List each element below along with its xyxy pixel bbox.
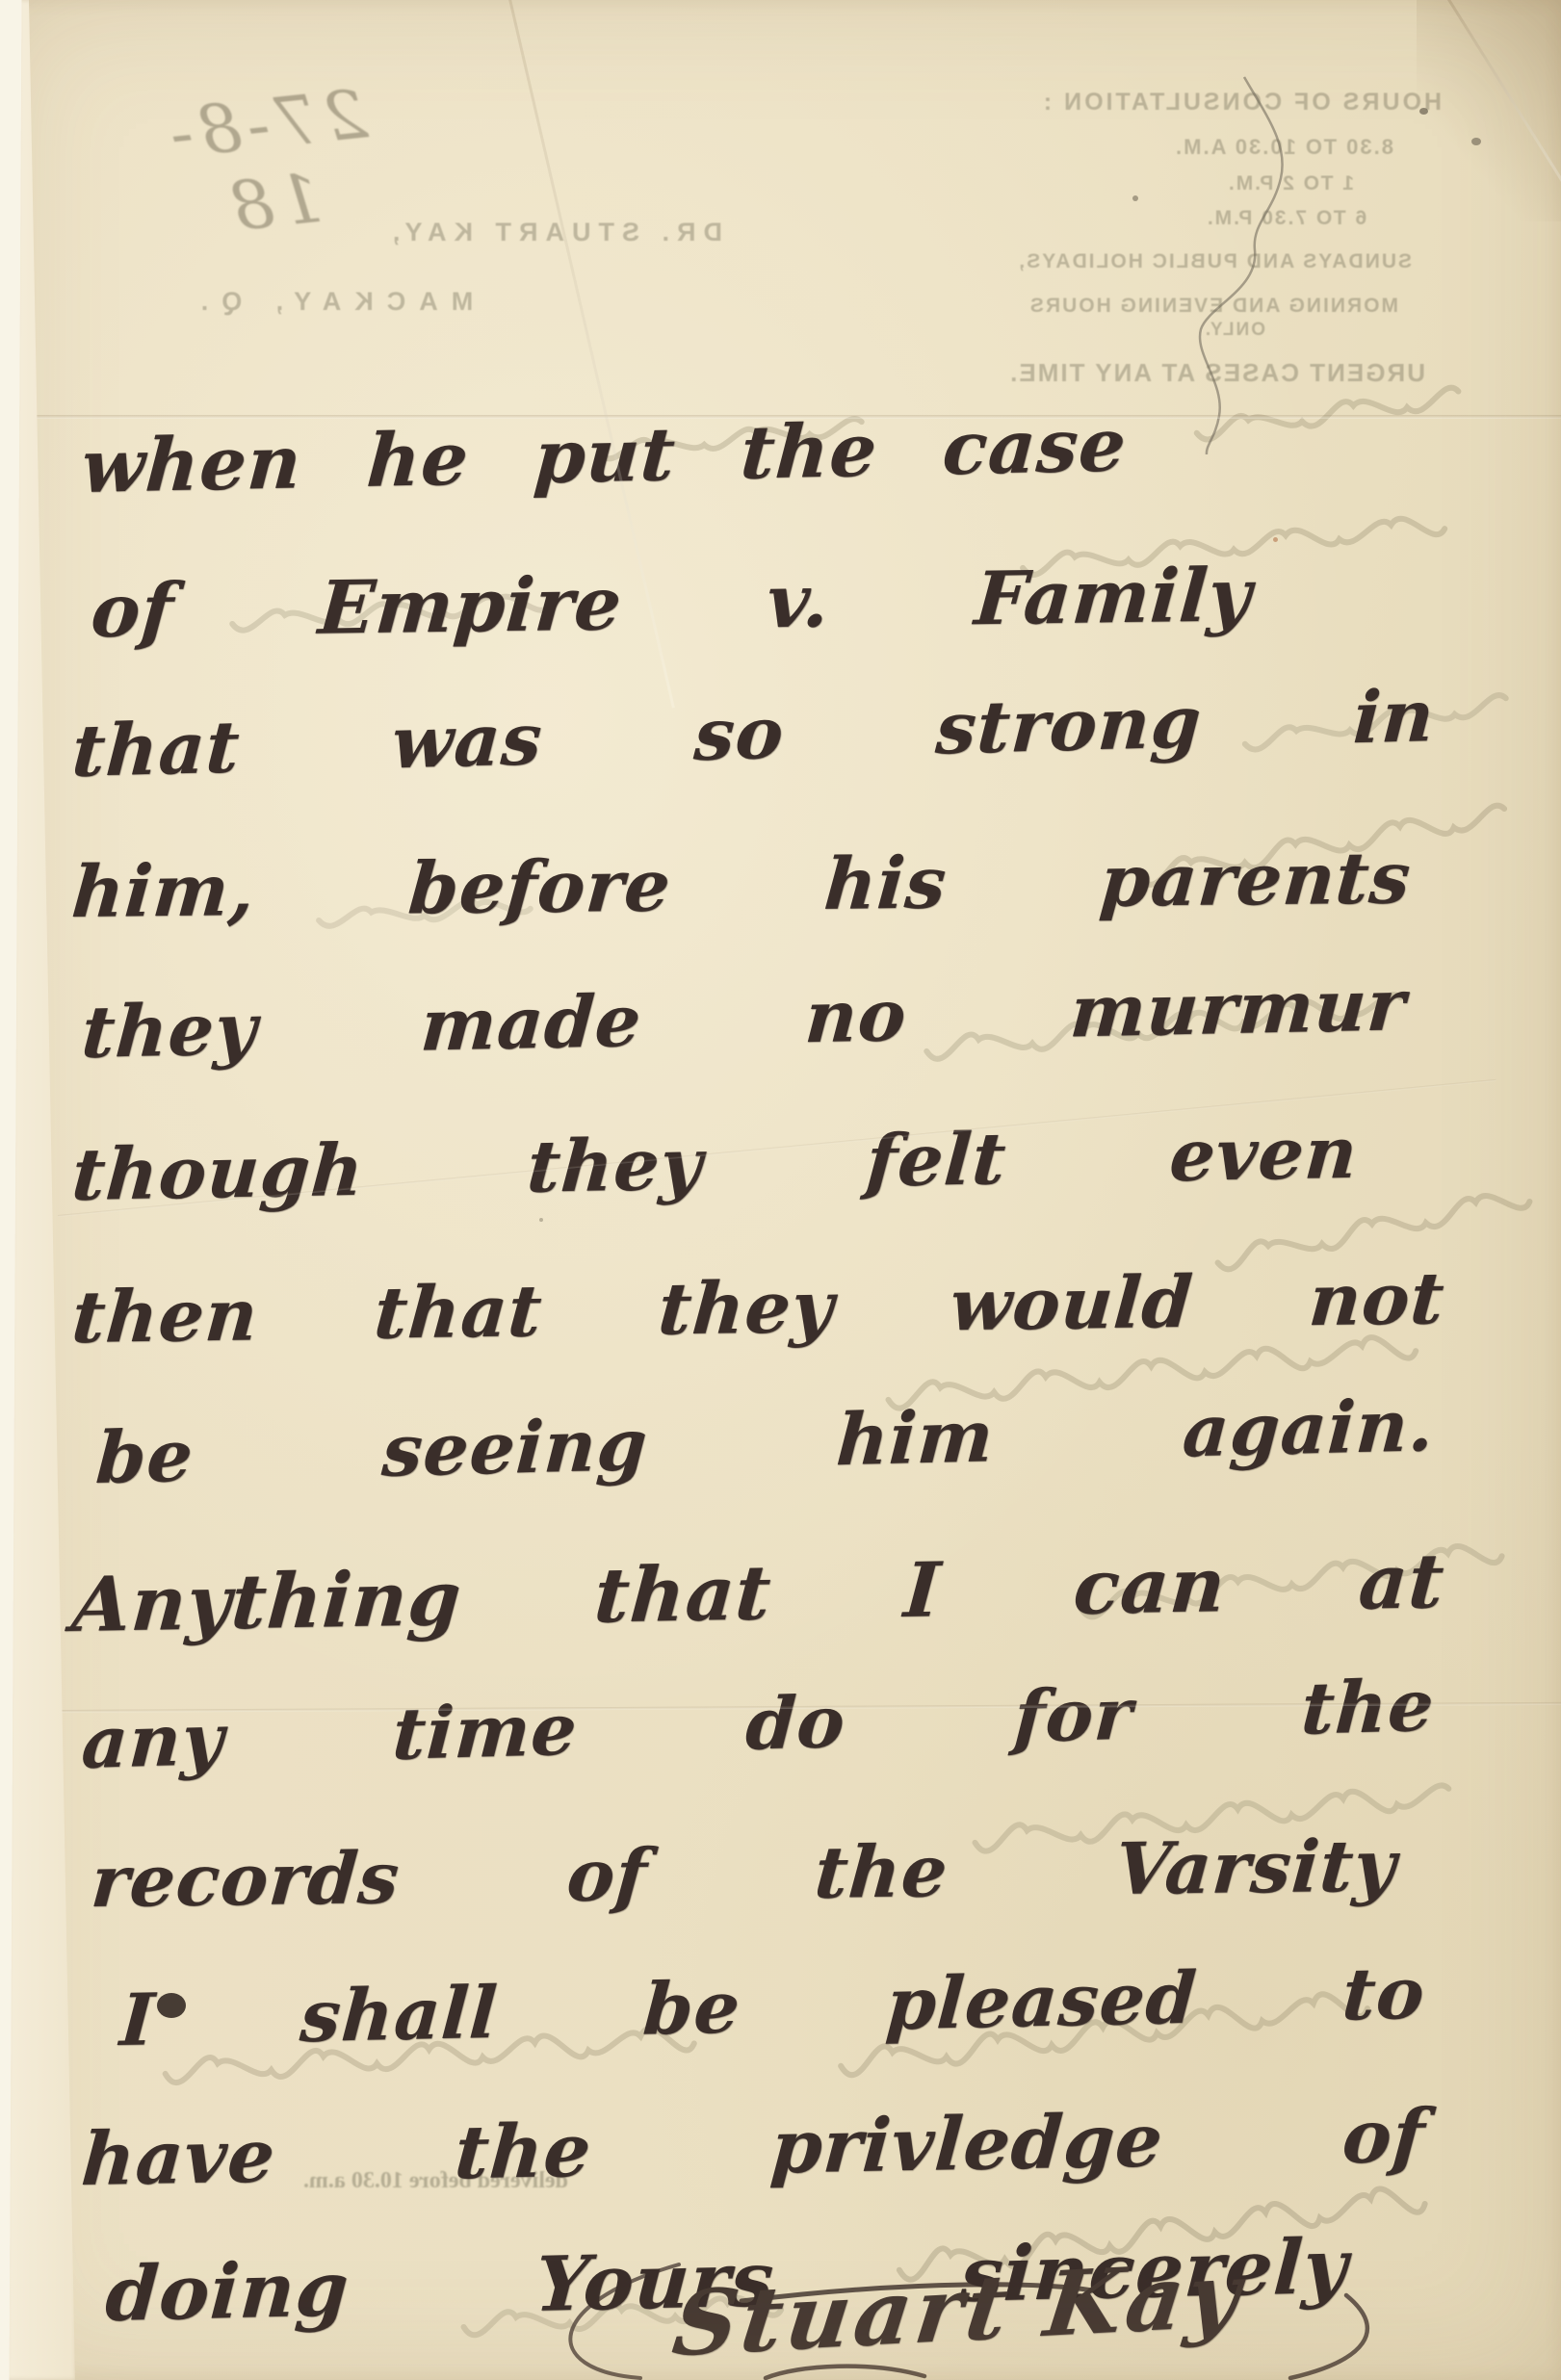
handwritten-line: thatwassostrongin <box>69 675 1437 793</box>
handwritten-word: any <box>79 1698 226 1785</box>
ink-speck <box>539 1218 543 1222</box>
handwritten-word: of <box>89 567 177 654</box>
bleedthrough-handwriting-mark <box>1195 385 1460 442</box>
ink-speck <box>1471 138 1481 145</box>
bleedthrough-consultation-line: MORNING AND EVENING HOURS <box>1071 295 1398 318</box>
bleedthrough-consultation-line: HOURS OF CONSULTATION : <box>1045 89 1442 116</box>
handwritten-word: the <box>1299 1665 1437 1751</box>
handwritten-word: though <box>69 1129 367 1217</box>
handwritten-word: murmur <box>1068 964 1409 1053</box>
handwritten-line: whenheputthecase <box>79 401 1130 509</box>
handwritten-word: that <box>372 1270 545 1356</box>
handwritten-word: v. <box>764 557 833 644</box>
handwritten-word: time <box>390 1689 580 1777</box>
handwritten-word: at <box>1356 1538 1447 1627</box>
handwritten-word: that <box>69 706 242 793</box>
handwritten-word: not <box>1306 1257 1447 1342</box>
handwritten-word: of <box>1340 2093 1428 2181</box>
handwritten-word: him, <box>69 849 259 934</box>
handwritten-word: parents <box>1097 837 1414 922</box>
bleedthrough-consultation-line: ONLY. <box>1206 320 1265 341</box>
handwritten-line: him,beforehisparents <box>69 837 1415 934</box>
handwritten-word: I <box>117 1979 157 2062</box>
handwritten-word: that <box>591 1549 774 1640</box>
handwritten-word: so <box>692 692 787 778</box>
handwritten-word: do <box>743 1681 847 1767</box>
handwritten-line: theymadenomurmur <box>79 964 1408 1074</box>
handwritten-word: case <box>940 401 1130 491</box>
handwritten-word: pleased <box>884 1957 1200 2047</box>
handwritten-word: made <box>418 980 644 1068</box>
bleedthrough-letterhead-name: DR. STUART KAY, <box>332 218 775 247</box>
handwritten-word: shall <box>298 1972 500 2058</box>
handwritten-word: be <box>640 1966 743 2051</box>
bleedthrough-consultation-line: 6 TO 7.30 P.M. <box>1202 207 1370 230</box>
paper-fold-crease <box>1443 0 1561 184</box>
ink-speck <box>1132 195 1138 201</box>
handwritten-word: have <box>79 2112 278 2202</box>
bleedthrough-consultation-line: 1 TO 2 P.M. <box>1240 172 1354 195</box>
handwritten-word: was <box>389 698 545 785</box>
handwritten-word: no <box>802 974 909 1059</box>
handwritten-word: the <box>738 407 880 496</box>
handwritten-word: again. <box>1181 1384 1438 1474</box>
handwritten-word: doing <box>103 2245 351 2339</box>
handwritten-word: they <box>79 988 260 1074</box>
handwritten-line: havetheprivledgeof <box>79 2093 1428 2202</box>
handwritten-word: put <box>532 411 678 500</box>
handwritten-word: before <box>405 844 674 930</box>
handwritten-word: Empire <box>316 560 625 650</box>
handwritten-word: felt <box>864 1118 1009 1203</box>
handwritten-word: for <box>1012 1672 1135 1759</box>
handwritten-word: I <box>901 1546 944 1635</box>
bleedthrough-consultation-line: 8.30 TO 10.30 A.M. <box>1189 135 1393 160</box>
handwritten-word: seeing <box>379 1404 650 1493</box>
handwritten-word: Family <box>972 552 1255 641</box>
handwritten-word: can <box>1071 1541 1229 1632</box>
handwritten-line: thoughtheyfelteven <box>69 1112 1361 1217</box>
handwritten-line: Ishallbepleasedto <box>117 1953 1427 2063</box>
bleedthrough-consultation-line: URGENT CASES AT ANY TIME. <box>1050 358 1425 388</box>
handwritten-word: he <box>364 416 472 504</box>
scanned-letter-page: 27-8-18 DR. STUART KAY, MACKAY, Q. HOURS… <box>0 0 1561 2380</box>
bleedthrough-letterhead-place: MACKAY, Q. <box>123 287 537 317</box>
handwritten-word: then <box>69 1274 261 1359</box>
handwritten-word: records <box>89 1837 403 1924</box>
handwritten-word: Varsity <box>1112 1824 1399 1911</box>
handwritten-line: recordsoftheVarsity <box>89 1824 1399 1924</box>
handwritten-line: thenthattheywouldnot <box>69 1257 1447 1359</box>
handwritten-word: even <box>1167 1112 1361 1199</box>
handwritten-line: AnythingthatIcanat <box>69 1538 1447 1649</box>
handwritten-word: in <box>1351 675 1437 760</box>
handwritten-line: beseeinghimagain. <box>93 1384 1437 1500</box>
handwritten-word: his <box>821 841 950 925</box>
handwritten-word: would <box>948 1261 1196 1348</box>
handwritten-word: the <box>812 1830 951 1915</box>
handwritten-word: the <box>452 2108 594 2196</box>
handwritten-word: Anything <box>69 1555 464 1649</box>
handwritten-line: ofEmpirev.Family <box>89 552 1255 654</box>
handwritten-line: anytimedoforthe <box>79 1665 1437 1785</box>
handwritten-word: strong <box>933 681 1204 770</box>
handwritten-word: be <box>93 1414 195 1500</box>
handwritten-word: of <box>564 1834 651 1918</box>
handwritten-word: to <box>1340 1953 1427 2037</box>
handwritten-word: him <box>834 1395 997 1482</box>
handwritten-word: privledge <box>768 2097 1166 2189</box>
bleedthrough-consultation-line: SUNDAYS AND PUBLIC HOLIDAYS, <box>1057 250 1412 273</box>
handwritten-word: they <box>656 1266 837 1352</box>
handwritten-word: when <box>79 419 304 509</box>
ink-speck <box>1273 537 1278 542</box>
handwritten-word: they <box>525 1124 706 1209</box>
letter-paper: 27-8-18 DR. STUART KAY, MACKAY, Q. HOURS… <box>0 0 1561 2380</box>
